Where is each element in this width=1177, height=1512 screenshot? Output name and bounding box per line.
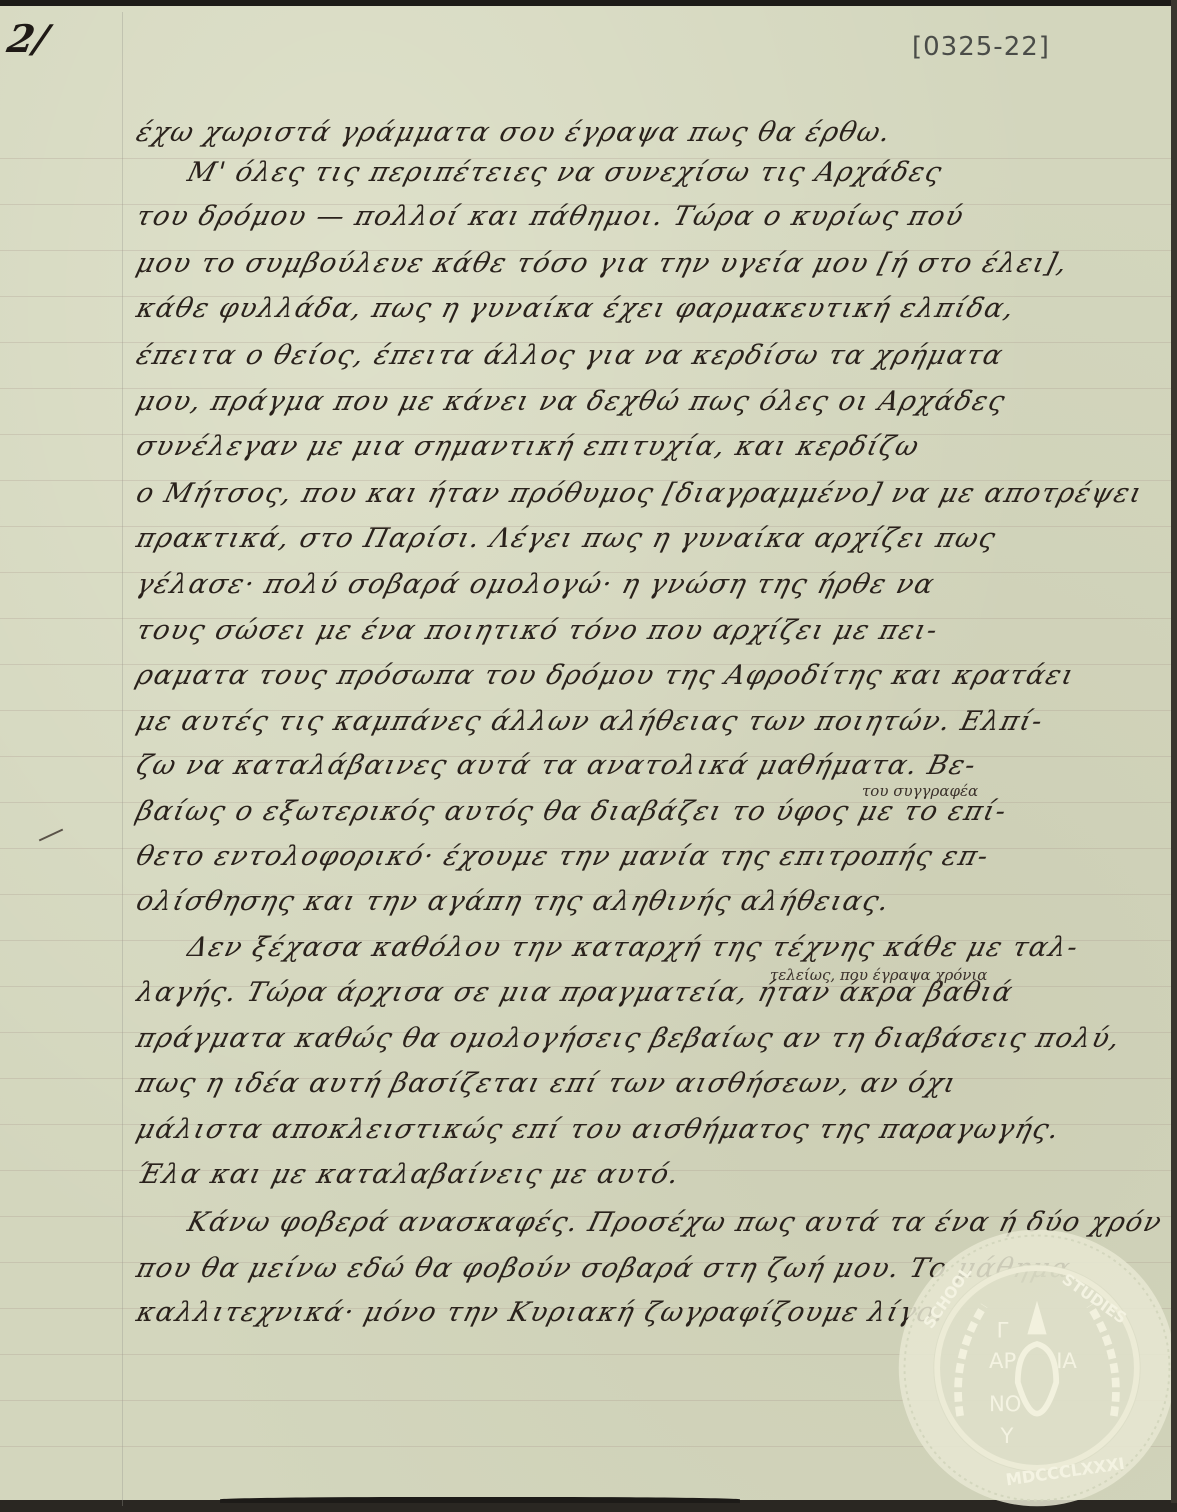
handwritten-line: βαίως ο εξωτερικός αυτός θα διαβάζει το … <box>133 796 1164 827</box>
archive-reference: [0325-22] <box>912 32 1050 62</box>
handwritten-line: Μ' όλες τις περιπέτειες να συνεχίσω τις … <box>184 157 1164 188</box>
margin-mark <box>39 829 63 842</box>
handwritten-line: λαγής. Τώρα άρχισα σε μια πραγματεία, ήτ… <box>133 977 1164 1008</box>
handwritten-line: ολίσθησης και την αγάπη της αληθινής αλή… <box>133 886 1164 917</box>
handwritten-line: του δρόμου — πολλοί και πάθημοι. Τώρα ο … <box>133 201 1164 232</box>
handwritten-line: μάλιστα αποκλειστικώς επί του αισθήματος… <box>133 1114 1164 1145</box>
svg-text:ΙΑ: ΙΑ <box>1056 1348 1077 1373</box>
handwritten-line: τους σώσει με ένα ποιητικό τόνο που αρχί… <box>133 615 1164 646</box>
handwritten-line: πρακτικά, στο Παρίσι. Λέγει πως η γυναίκ… <box>133 523 1164 554</box>
handwritten-line: γέλασε· πολύ σοβαρά ομολογώ· η γνώση της… <box>133 569 1164 600</box>
handwritten-line: ο Μήτσος, που και ήταν πρόθυμος [διαγραμ… <box>133 478 1164 509</box>
page-number: 2/ <box>4 16 52 61</box>
handwritten-line: με αυτές τις καμπάνες άλλων αλήθειας των… <box>133 706 1164 737</box>
handwritten-line: πως η ιδέα αυτή βασίζεται επί των αισθήσ… <box>133 1068 1164 1099</box>
svg-text:ΝΟ: ΝΟ <box>989 1391 1021 1416</box>
handwritten-line: ζω να καταλάβαινες αυτά τα ανατολικά μαθ… <box>133 750 1164 781</box>
letter-page: 2/ [0325-22] έχω χωριστά γράμματα σου έγ… <box>0 6 1172 1500</box>
handwritten-line: μου, πράγμα που με κάνει να δεχθώ πως όλ… <box>133 386 1164 417</box>
handwritten-line: ραματα τους πρόσωπα του δρόμου της Αφροδ… <box>133 660 1164 691</box>
handwritten-line: πράγματα καθώς θα ομολογήσεις βεβαίως αν… <box>133 1023 1164 1054</box>
institution-seal-icon: Γ ΑΡ ΙΑ ΝΟ Υ MDCCCLXXXI STUDIES SCHOOL <box>893 1224 1177 1503</box>
handwritten-line: θετο εντολοφορικό· έχουμε την μανία της … <box>133 841 1164 872</box>
handwritten-line: έπειτα ο θείος, έπειτα άλλος για να κερδ… <box>133 340 1164 371</box>
svg-text:Υ: Υ <box>1000 1423 1014 1448</box>
handwritten-line: Έλα και με καταλαβαίνεις με αυτό. <box>133 1159 1164 1190</box>
scan-right-edge <box>1171 0 1177 1503</box>
interlinear-note: του συγγραφέα <box>862 782 978 800</box>
svg-text:ΑΡ: ΑΡ <box>989 1348 1016 1373</box>
interlinear-note: τελείως, που έγραψα χρόνια <box>770 966 987 984</box>
margin-rule <box>122 12 123 1503</box>
handwritten-line: κάθε φυλλάδα, πως η γυναίκα έχει φαρμακε… <box>133 293 1164 324</box>
svg-text:Γ: Γ <box>997 1317 1009 1342</box>
handwritten-line: συνέλεγαν με μια σημαντική επιτυχία, και… <box>133 431 1164 462</box>
handwritten-line: έχω χωριστά γράμματα σου έγραψα πως θα έ… <box>133 117 1164 148</box>
handwritten-line: μου το συμβούλευε κάθε τόσο για την υγεί… <box>133 248 1164 279</box>
scan-bottom-shadow <box>220 1497 740 1503</box>
handwritten-line: Δεν ξέχασα καθόλου την καταρχή της τέχνη… <box>184 932 1164 963</box>
